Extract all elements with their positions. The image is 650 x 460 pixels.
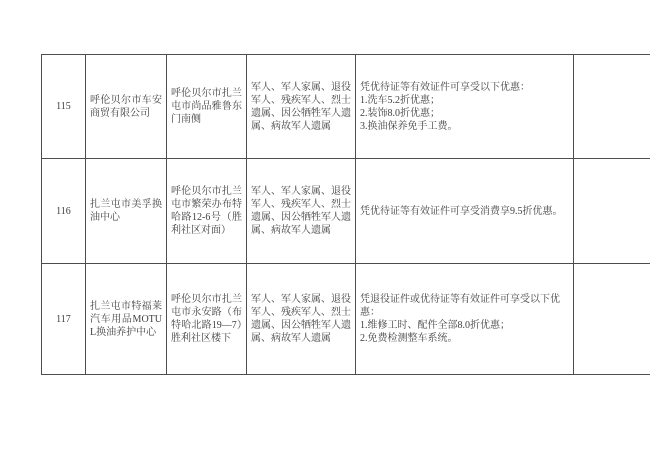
merchant-name-cell: 呼伦贝尔市车安商贸有限公司 bbox=[86, 55, 167, 159]
address-cell: 呼伦贝尔市扎兰屯市永安路（布特哈北路19—7）胜利社区楼下 bbox=[167, 264, 247, 375]
address-cell: 呼伦贝尔市扎兰屯市尚品雅鲁东门南侧 bbox=[167, 55, 247, 159]
merchant-name-cell: 扎兰屯市美孚换油中心 bbox=[86, 159, 167, 264]
table-row: 116 扎兰屯市美孚换油中心 呼伦贝尔市扎兰屯市繁荣办布特哈路12-6号（胜利社… bbox=[42, 159, 650, 264]
row-number-cell: 117 bbox=[42, 264, 86, 375]
remarks-cell bbox=[574, 159, 650, 264]
address-cell: 呼伦贝尔市扎兰屯市繁荣办布特哈路12-6号（胜利社区对面） bbox=[167, 159, 247, 264]
document-page: 115 呼伦贝尔市车安商贸有限公司 呼伦贝尔市扎兰屯市尚品雅鲁东门南侧 军人、军… bbox=[0, 0, 650, 460]
benefits-cell: 凭优待证等有效证件可享受以下优惠： 1.洗车5.2折优惠； 2.装饰8.0折优惠… bbox=[356, 55, 574, 159]
row-number-cell: 115 bbox=[42, 55, 86, 159]
row-number-cell: 116 bbox=[42, 159, 86, 264]
eligible-groups-cell: 军人、军人家属、退役军人、残疾军人、烈士遗属、因公牺牲军人遗属、病故军人遗属 bbox=[247, 159, 356, 264]
eligible-groups-cell: 军人、军人家属、退役军人、残疾军人、烈士遗属、因公牺牲军人遗属、病故军人遗属 bbox=[247, 55, 356, 159]
remarks-cell bbox=[574, 264, 650, 375]
benefits-cell: 凭优待证等有效证件可享受消费享9.5折优惠。 bbox=[356, 159, 574, 264]
table-row: 117 扎兰屯市特福莱汽车用品MOTUL换油养护中心 呼伦贝尔市扎兰屯市永安路（… bbox=[42, 264, 650, 375]
benefits-cell: 凭退役证件或优待证等有效证件可享受以下优惠： 1.维修工时、配件全部8.0折优惠… bbox=[356, 264, 574, 375]
eligible-groups-cell: 军人、军人家属、退役军人、残疾军人、烈士遗属、因公牺牲军人遗属、病故军人遗属 bbox=[247, 264, 356, 375]
merchant-name-cell: 扎兰屯市特福莱汽车用品MOTUL换油养护中心 bbox=[86, 264, 167, 375]
remarks-cell bbox=[574, 55, 650, 159]
table-row: 115 呼伦贝尔市车安商贸有限公司 呼伦贝尔市扎兰屯市尚品雅鲁东门南侧 军人、军… bbox=[42, 55, 650, 159]
preferential-treatment-table: 115 呼伦贝尔市车安商贸有限公司 呼伦贝尔市扎兰屯市尚品雅鲁东门南侧 军人、军… bbox=[41, 54, 650, 375]
